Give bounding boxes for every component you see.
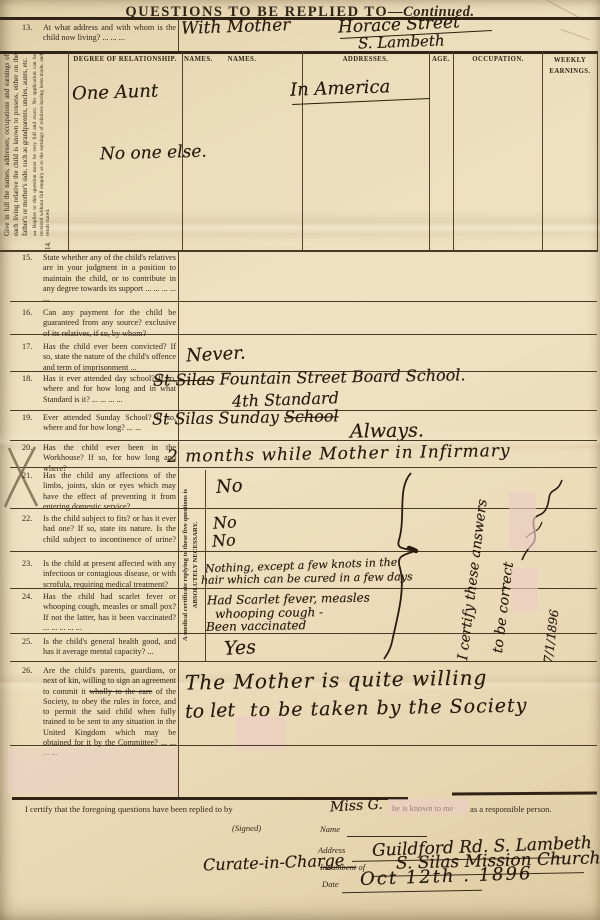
- q23-answer-2: hair which can be cured in a few days: [201, 570, 413, 587]
- q19-answer-pre: St Silas Sunday: [152, 407, 284, 428]
- redaction-box-4: [8, 748, 178, 794]
- title-rule: [0, 17, 600, 20]
- question-24-text: Has the child had scarlet fever or whoop…: [43, 592, 176, 633]
- relative-degree-2: No one else.: [100, 142, 207, 165]
- q13-answer-3: S. Lambeth: [358, 31, 445, 52]
- incumbent-struck: Incumbent: [320, 862, 356, 872]
- question-19-number: 19.: [22, 413, 43, 434]
- q26-text-struck: wholly to the care: [89, 687, 152, 696]
- q26-answer-3: to be taken by the Society: [250, 695, 528, 722]
- footer-faded-text: he is known to me: [392, 804, 453, 815]
- question-13: 13. At what address and with whom is the…: [22, 23, 176, 44]
- footer-responsible-text: as a responsible person.: [470, 804, 552, 815]
- q24-answer-3: Been vaccinated: [206, 618, 306, 634]
- header-weekly-earnings: WEEKLY EARNINGS.: [545, 56, 595, 78]
- redaction-box-2: [511, 568, 538, 612]
- date-label: Date: [322, 879, 339, 890]
- question-14-text: Give in full the names, addresses, occup…: [4, 54, 31, 236]
- question-22-text: Is the child subject to fits? or has it …: [43, 514, 176, 555]
- rule-after-q25: [10, 661, 597, 662]
- table-col-sidebar: [68, 52, 69, 250]
- name-label: Name: [320, 824, 340, 835]
- corner-crease-mark-2: [561, 29, 590, 40]
- footer-rule-right: [452, 791, 597, 795]
- q13-answer-1: With Mother: [181, 15, 291, 39]
- q18-answer-struck: St Silas: [153, 370, 215, 390]
- header-age: AGE.: [430, 56, 452, 63]
- q13-answer-divider: [178, 18, 179, 52]
- table-col-age: [453, 52, 454, 250]
- header-names-fix: NAMES.: [184, 56, 300, 63]
- question-13-number: 13.: [22, 23, 43, 44]
- question-25-number: 25.: [22, 637, 43, 658]
- date-value: Oct 12th . 1896: [360, 863, 533, 890]
- question-24: 24. Has the child had scarlet fever or w…: [22, 592, 176, 633]
- question-22: 22. Is the child subject to fits? or has…: [22, 514, 176, 555]
- question-15-number: 15.: [22, 253, 43, 304]
- fold-crease-upper: [0, 210, 600, 242]
- question-25-text: Is the child's general health good, and …: [43, 637, 176, 658]
- header-addresses: ADDRESSES.: [304, 56, 427, 63]
- table-bottom-rule: [0, 250, 598, 252]
- table-col-addresses: [429, 52, 430, 250]
- scanned-form-page: QUESTIONS TO BE REPLIED TO—Continued. 13…: [0, 0, 600, 920]
- question-21-number: 21.: [22, 471, 43, 512]
- q26-text-post: of the Society, to obey the rules in for…: [43, 687, 176, 758]
- q19-answer-line1: St Silas Sunday School: [152, 406, 339, 428]
- signed-label: (Signed): [232, 823, 261, 834]
- question-14-note: ⁎⁎ Replies to this question must be very…: [32, 54, 52, 236]
- question-25: 25. Is the child's general health good, …: [22, 637, 176, 658]
- question-17-number: 17.: [22, 342, 43, 373]
- question-22-number: 22.: [22, 514, 43, 555]
- certify-side-date: 7/1/1896: [541, 593, 563, 664]
- medical-note: A medical certificate replying to these …: [181, 471, 205, 659]
- question-17: 17. Has the child ever been convicted? I…: [22, 342, 176, 373]
- date-line: [342, 890, 482, 893]
- rule-after-q20: [10, 467, 597, 468]
- table-top-rule: [0, 51, 598, 54]
- question-21: 21. Has the child any affections of the …: [22, 471, 176, 512]
- q21-answer: No: [215, 475, 243, 498]
- question-18-number: 18.: [22, 374, 43, 405]
- q26-answer-2: to let: [185, 699, 236, 723]
- footer-certify-name: Miss G.: [330, 797, 384, 816]
- question-15-text: State whether any of the child's relativ…: [43, 253, 176, 304]
- q19-answer-struck: School: [284, 406, 339, 426]
- q26-answer-1: The Mother is quite willing: [185, 665, 488, 694]
- header-occupation: OCCUPATION.: [455, 56, 541, 63]
- rule-after-q24: [10, 633, 597, 634]
- footer-certify-text: I certify that the foregoing questions h…: [25, 804, 233, 815]
- q20-answer: 2 months while Mother in Infirmary: [167, 441, 511, 467]
- rule-after-q15: [10, 301, 597, 302]
- relative-names-1: In America: [290, 76, 391, 100]
- header-degree: DEGREE OF RELATIONSHIP.: [70, 56, 180, 63]
- q18-answer-line1: St Silas Fountain Street Board School.: [153, 365, 466, 389]
- question-21-text: Has the child any affections of the limb…: [43, 471, 176, 512]
- question-20-text: Has the child ever been in the Workhouse…: [43, 443, 176, 474]
- incumbent-label: Incumbent of: [320, 862, 365, 873]
- question-23-text: Is the child at present affected with an…: [43, 559, 176, 590]
- rule-after-q26: [10, 745, 597, 746]
- question-14-sidebar: 14. Give in full the names, addresses, o…: [4, 54, 66, 250]
- q22-answer-2: No: [211, 530, 236, 551]
- question-13-text: At what address and with whom is the chi…: [43, 23, 176, 44]
- question-17-text: Has the child ever been convicted? If so…: [43, 342, 176, 373]
- answers-brace: [383, 470, 431, 666]
- question-20: 20. Has the child ever been in the Workh…: [22, 443, 176, 474]
- relative-degree-1: One Aunt: [72, 81, 159, 105]
- question-24-number: 24.: [22, 592, 43, 633]
- answers-divider: [178, 251, 179, 797]
- name-line: [347, 836, 427, 837]
- q25-answer: Yes: [223, 636, 256, 660]
- question-15: 15. State whether any of the child's rel…: [22, 253, 176, 304]
- redaction-box-1: [509, 491, 536, 549]
- question-14-number: 14.: [44, 236, 52, 250]
- q18-answer-rest: Fountain Street Board School.: [214, 365, 465, 388]
- medical-note-text: A medical certificate replying to these …: [181, 471, 200, 659]
- rule-after-q16: [10, 334, 597, 335]
- question-23-number: 23.: [22, 559, 43, 590]
- q17-answer: Never.: [185, 342, 246, 366]
- table-right-edge: [597, 52, 598, 250]
- table-col-occupation: [542, 52, 543, 250]
- question-23: 23. Is the child at present affected wit…: [22, 559, 176, 590]
- medical-note-divider: [205, 470, 206, 661]
